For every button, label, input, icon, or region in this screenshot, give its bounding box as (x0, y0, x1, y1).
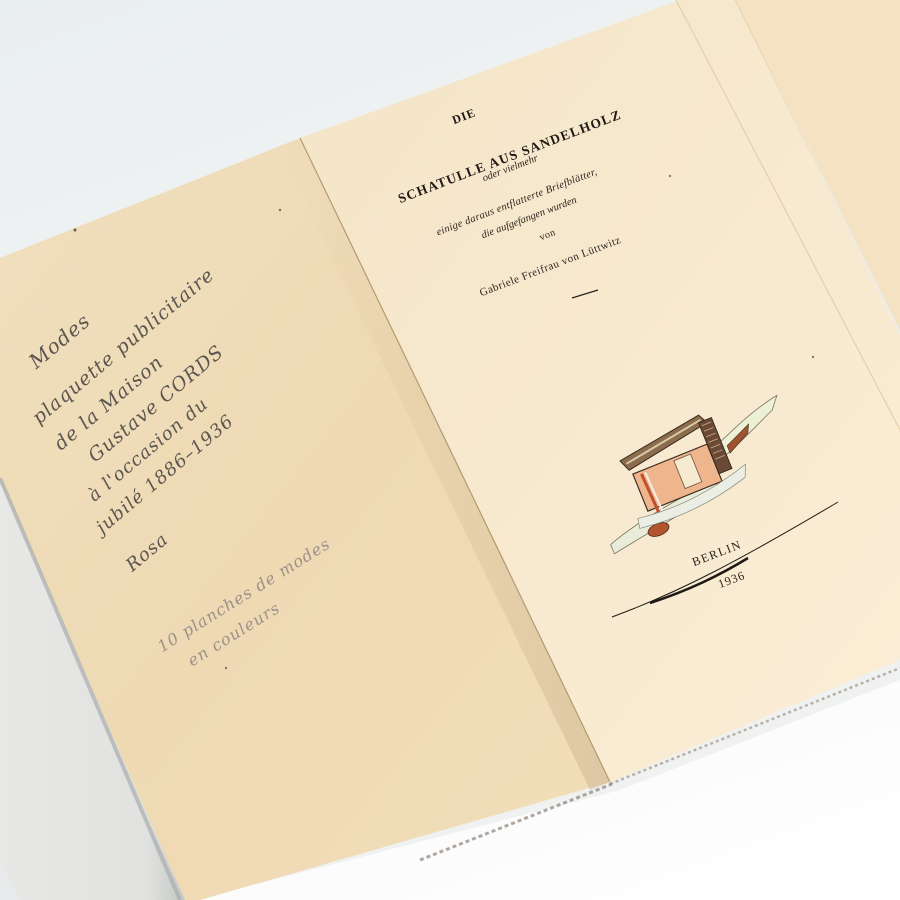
book-photo (0, 0, 900, 900)
